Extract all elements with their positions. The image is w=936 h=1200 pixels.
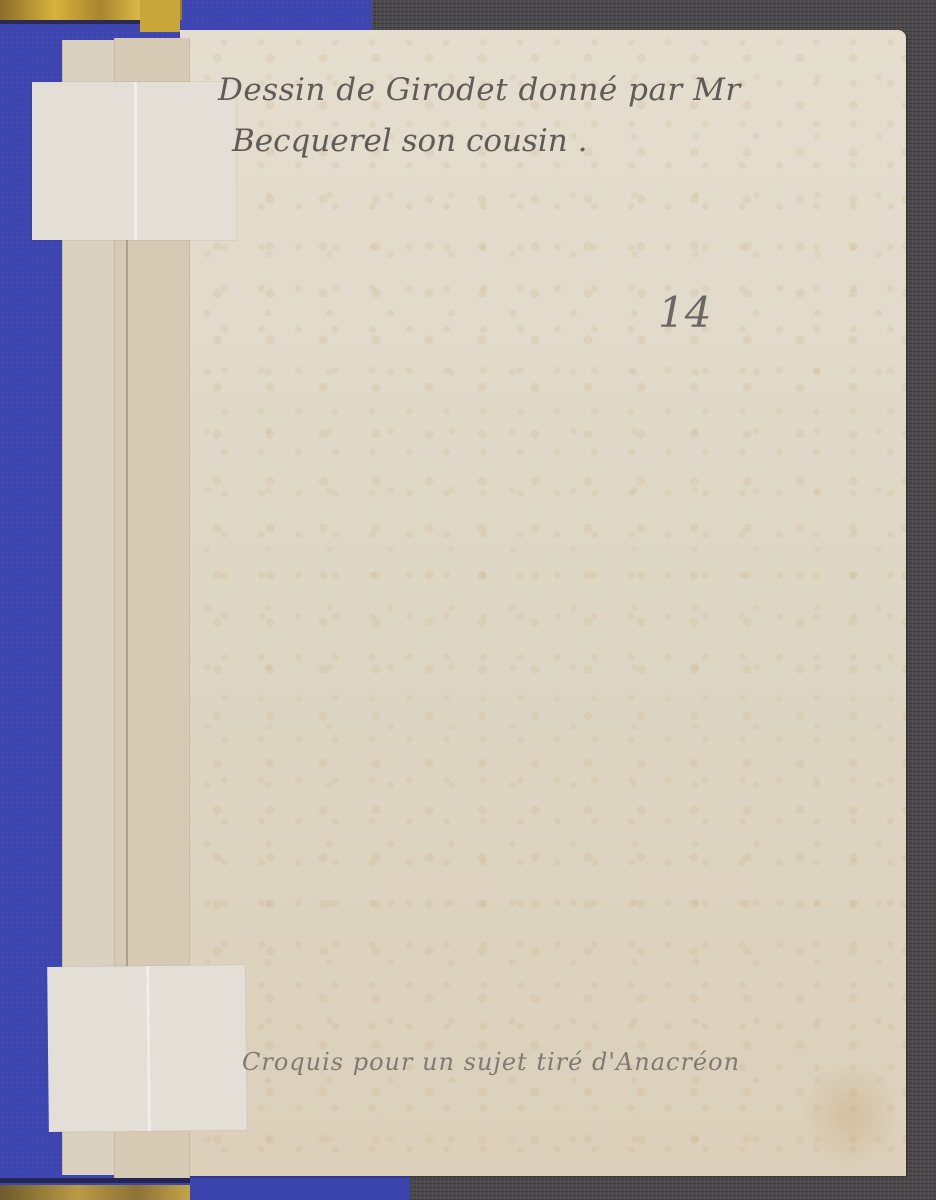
inventory-number: 14 (658, 288, 711, 337)
ink-inscription-line-1: Dessin de Girodet donné par Mr (218, 72, 741, 108)
tape-piece-bottom (47, 965, 247, 1132)
tape-fold (146, 966, 151, 1131)
foxing-stain (800, 1060, 900, 1170)
gold-trim-bottom (0, 1185, 195, 1200)
tape-fold (134, 82, 137, 240)
mount-edge-line-top (0, 20, 140, 24)
ink-inscription-line-2: Becquerel son cousin . (232, 123, 587, 159)
paper-sheet (180, 30, 906, 1176)
blue-mount-bottom (190, 1175, 410, 1200)
tape-piece-top (32, 82, 236, 240)
mount-edge-line-bottom (0, 1178, 200, 1183)
pencil-caption: Croquis pour un sujet tiré d'Anacréon (242, 1048, 740, 1076)
gold-trim-top-corner (140, 0, 180, 32)
hinge-tear (126, 240, 128, 970)
